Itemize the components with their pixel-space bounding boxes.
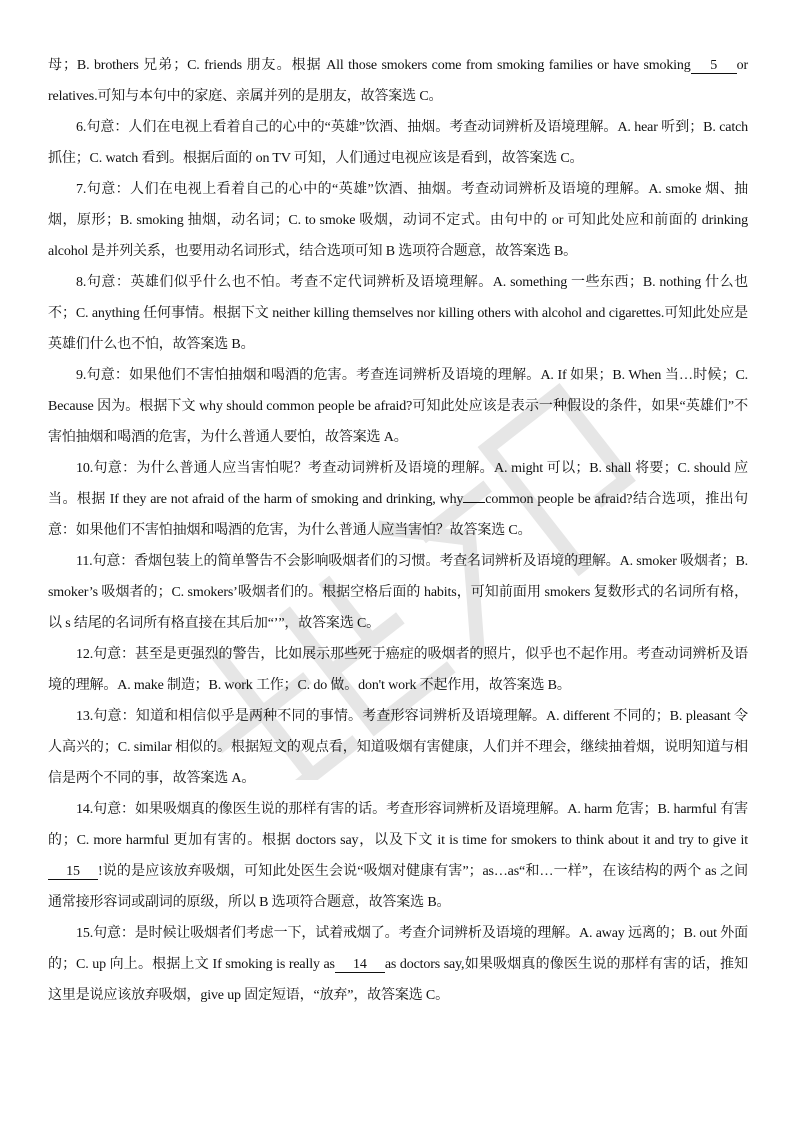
paragraph-p15: 15.句意：是时候让吸烟者们考虑一下，试着戒烟了。考查介词辨析及语境的理解。A.…: [48, 918, 748, 1011]
paragraph-p8: 8.句意：英雄们似乎什么也不怕。考查不定代词辨析及语境理解。A. somethi…: [48, 267, 748, 360]
paragraph-text: 7.句意：人们在电视上看着自己的心中的“英雄”饮酒、抽烟。考查动词辨析及语境的理…: [48, 182, 748, 259]
paragraph-p12: 12.句意：甚至是更强烈的警告，比如展示那些死于癌症的吸烟者的照片，似乎也不起作…: [48, 639, 748, 701]
paragraph-p6: 6.句意：人们在电视上看着自己的心中的“英雄”饮酒、抽烟。考查动词辨析及语境理解…: [48, 112, 748, 174]
paragraph-text: 13.句意：知道和相信似乎是两种不同的事情。考查形容词辨析及语境理解。A. di…: [48, 709, 748, 786]
paragraph-p10: 10.句意：为什么普通人应当害怕呢？考查动词辨析及语境的理解。A. might …: [48, 453, 748, 546]
paragraph-text: 6.句意：人们在电视上看着自己的心中的“英雄”饮酒、抽烟。考查动词辨析及语境理解…: [48, 120, 748, 166]
paragraph-text: 11.句意：香烟包装上的简单警告不会影响吸烟者们的习惯。考查名词辨析及语境的理解…: [48, 554, 748, 631]
paragraph-text: 9.句意：如果他们不害怕抽烟和喝酒的危害。考查连词辨析及语境的理解。A. If …: [48, 368, 748, 445]
document-body: 母；B. brothers 兄弟；C. friends 朋友。根据 All th…: [48, 50, 748, 1011]
paragraph-text: 8.句意：英雄们似乎什么也不怕。考查不定代词辨析及语境理解。A. somethi…: [48, 275, 748, 352]
paragraph-text: 14.句意：如果吸烟真的像医生说的那样有害的话。考查形容词辨析及语境理解。A. …: [48, 802, 748, 848]
paragraph-text: 母；B. brothers 兄弟；C. friends 朋友。根据 All th…: [48, 58, 691, 73]
fill-in-blank: 5: [691, 58, 737, 74]
paragraph-text: 12.句意：甚至是更强烈的警告，比如展示那些死于癌症的吸烟者的照片，似乎也不起作…: [48, 647, 748, 693]
fill-in-blank: 14: [335, 957, 385, 973]
paragraph-text: !说的是应该放弃吸烟，可知此处医生会说“吸烟对健康有害”；as…as“和…一样”…: [48, 864, 748, 910]
fill-in-blank: 15: [48, 864, 98, 880]
fill-in-blank: [463, 502, 485, 503]
paragraph-p7: 7.句意：人们在电视上看着自己的心中的“英雄”饮酒、抽烟。考查动词辨析及语境的理…: [48, 174, 748, 267]
paragraph-p13: 13.句意：知道和相信似乎是两种不同的事情。考查形容词辨析及语境理解。A. di…: [48, 701, 748, 794]
paragraph-p9: 9.句意：如果他们不害怕抽烟和喝酒的危害。考查连词辨析及语境的理解。A. If …: [48, 360, 748, 453]
paragraph-p14: 14.句意：如果吸烟真的像医生说的那样有害的话。考查形容词辨析及语境理解。A. …: [48, 794, 748, 918]
paragraph-p5-cont: 母；B. brothers 兄弟；C. friends 朋友。根据 All th…: [48, 50, 748, 112]
paragraph-p11: 11.句意：香烟包装上的简单警告不会影响吸烟者们的习惯。考查名词辨析及语境的理解…: [48, 546, 748, 639]
